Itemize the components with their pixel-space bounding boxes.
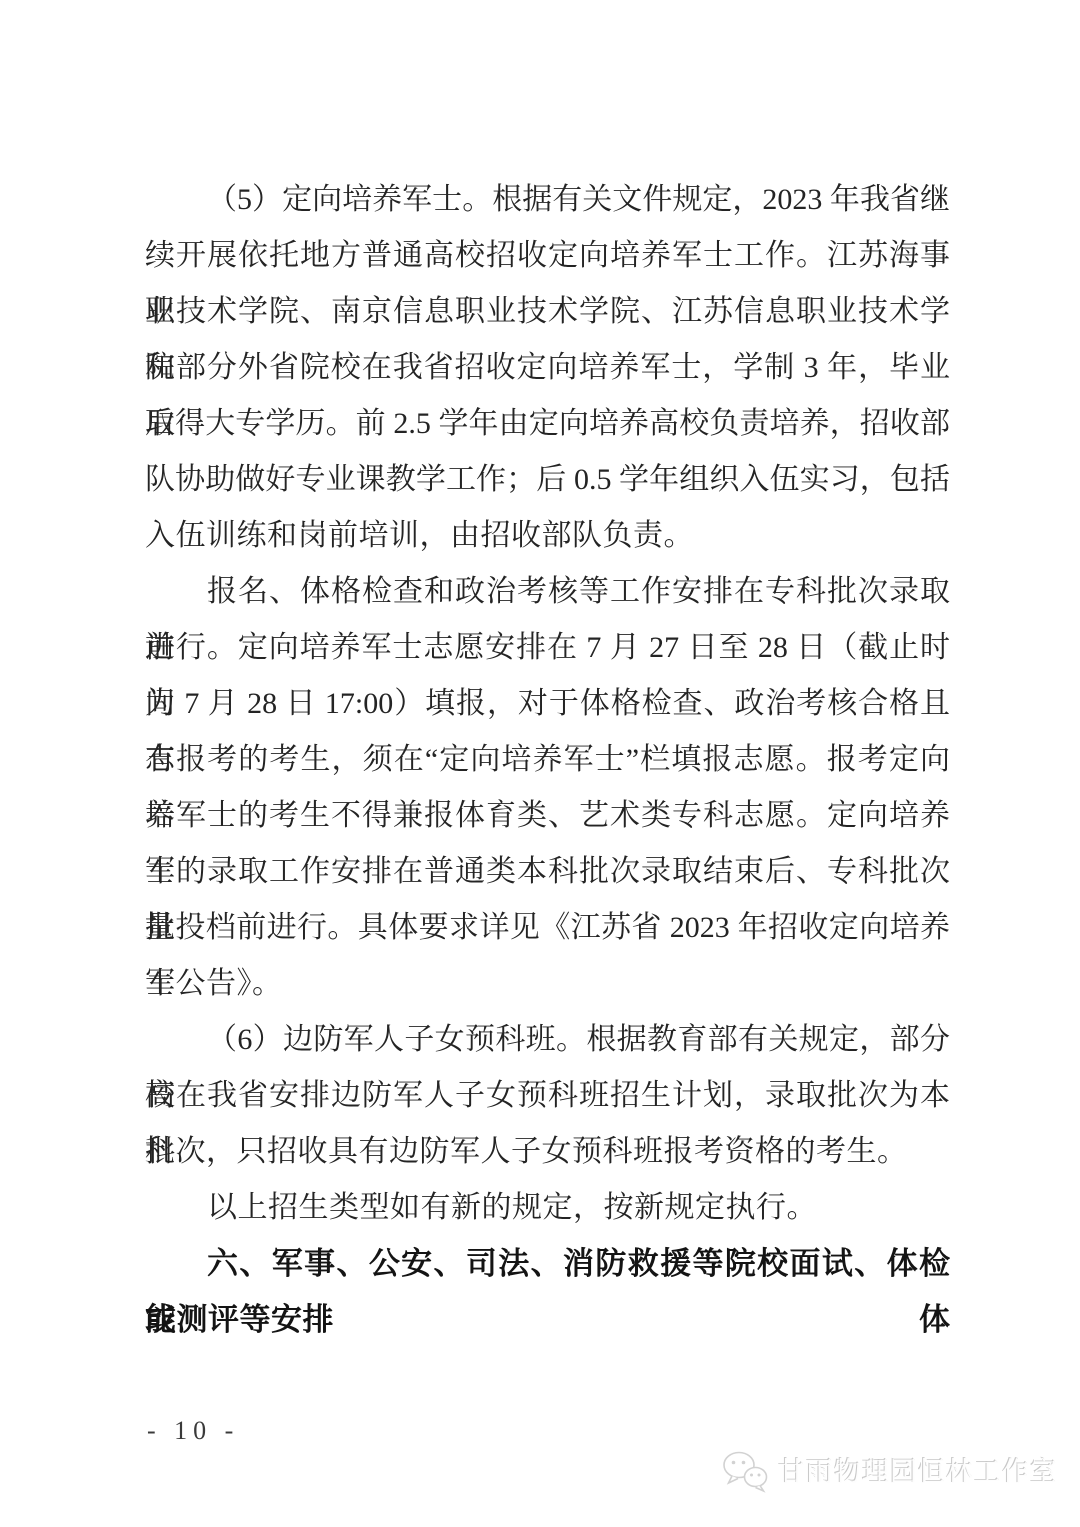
text-line: 业技术学院、南京信息职业技术学院、江苏信息职业技术学院 xyxy=(145,284,950,340)
page-number: - 10 - xyxy=(147,1414,239,1448)
text-line: 续开展依托地方普通高校招收定向培养军士工作。江苏海事职 xyxy=(145,228,950,284)
text-line: 量投档前进行。具体要求详见《江苏省 2023 年招收定向培养军 xyxy=(145,900,950,956)
text-line: （6）边防军人子女预科班。根据教育部有关规定，部分高 xyxy=(145,1012,950,1068)
text-line: 报名、体格检查和政治考核等工作安排在专科批次录取前 xyxy=(145,564,950,620)
text-line: 校在我省安排边防军人子女预科班招生计划，录取批次为本科 xyxy=(145,1068,950,1124)
text-line: 进行。定向培养军士志愿安排在 7 月 27 日至 28 日（截止时间 xyxy=(145,620,950,676)
text-line: 志报考的考生，须在“定向培养军士”栏填报志愿。报考定向培 xyxy=(145,732,950,788)
watermark-text: 甘雨物理园恒林工作室 xyxy=(778,1447,1058,1497)
wechat-icon xyxy=(720,1449,770,1495)
text-line: （5）定向培养军士。根据有关文件规定，2023 年我省继 xyxy=(145,172,950,228)
watermark: 甘雨物理园恒林工作室 xyxy=(720,1447,1058,1497)
text-line: 和部分外省院校在我省招收定向培养军士，学制 3 年，毕业后 xyxy=(145,340,950,396)
text-line: 以上招生类型如有新的规定，按新规定执行。 xyxy=(145,1180,950,1236)
text-line: 取得大专学历。前 2.5 学年由定向培养高校负责培养，招收部 xyxy=(145,396,950,452)
document-body: （5）定向培养军士。根据有关文件规定，2023 年我省继 续开展依托地方普通高校… xyxy=(145,172,950,1348)
text-line: 批次，只招收具有边防军人子女预科班报考资格的考生。 xyxy=(145,1124,950,1180)
section-heading-line: 六、军事、公安、司法、消防救援等院校面试、体检或体 xyxy=(145,1236,950,1292)
text-line: 为 7 月 28 日 17:00）填报，对于体格检查、政治考核合格且有 xyxy=(145,676,950,732)
text-line: 队协助做好专业课教学工作；后 0.5 学年组织入伍实习，包括 xyxy=(145,452,950,508)
text-line: 入伍训练和岗前培训，由招收部队负责。 xyxy=(145,508,950,564)
text-line: 士的录取工作安排在普通类本科批次录取结束后、专科批次批 xyxy=(145,844,950,900)
document-page: （5）定向培养军士。根据有关文件规定，2023 年我省继 续开展依托地方普通高校… xyxy=(0,0,1080,1527)
text-line: 士公告》。 xyxy=(145,956,950,1012)
text-line: 养军士的考生不得兼报体育类、艺术类专科志愿。定向培养军 xyxy=(145,788,950,844)
